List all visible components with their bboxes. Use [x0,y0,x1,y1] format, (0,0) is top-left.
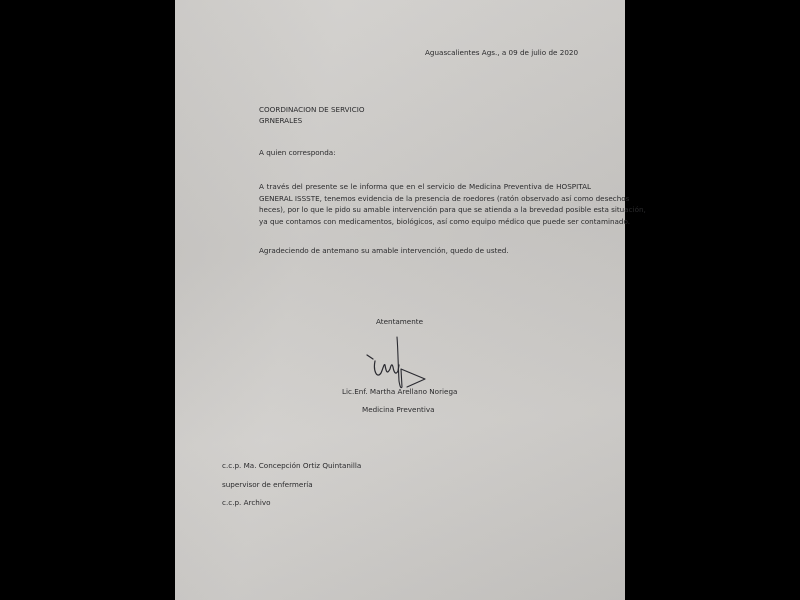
signer-name: Lic.Enf. Martha Arellano Noriega [342,388,457,395]
photo-viewport: Aguascalientes Ags., a 09 de julio de 20… [0,0,800,600]
thanks-line: Agradeciendo de antemano su amable inter… [259,247,509,254]
closing: Atentamente [376,318,423,325]
cc-line: c.c.p. Archivo [222,499,270,506]
letter-body: A través del presente se le informa que … [259,181,591,227]
date-line: Aguascalientes Ags., a 09 de julio de 20… [425,49,578,56]
body-line: A través del presente se le informa que … [259,181,591,193]
cc-line: c.c.p. Ma. Concepción Ortiz Quintanilla [222,462,361,469]
signer-department: Medicina Preventiva [362,406,435,413]
body-line: heces), por lo que le pido su amable int… [259,204,591,216]
letter-page: Aguascalientes Ags., a 09 de julio de 20… [175,0,625,600]
body-line: GENERAL ISSSTE, tenemos evidencia de la … [259,193,591,205]
greeting: A quien corresponda: [259,149,336,156]
addressee-line-1: COORDINACION DE SERVICIO [259,106,365,113]
signature-mark [365,335,445,395]
body-line: ya que contamos con medicamentos, biológ… [259,216,591,228]
addressee-line-2: GRNERALES [259,117,302,124]
cc-line: supervisor de enfermería [222,481,313,488]
